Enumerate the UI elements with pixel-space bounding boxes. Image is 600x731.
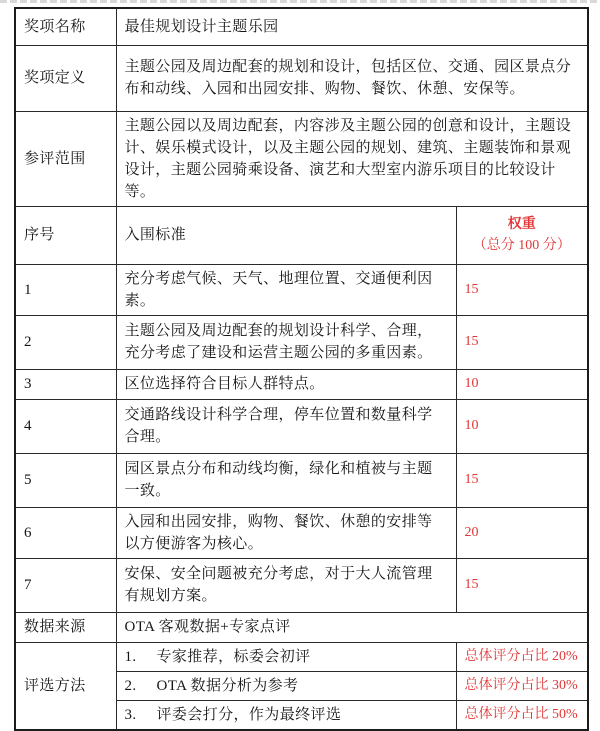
method-item-no: 1.	[125, 646, 143, 668]
criteria-text: 主题公园及周边配套的规划设计科学、合理，充分考虑了建设和运营主题公园的多重因素。	[116, 315, 456, 369]
page-edge-line	[0, 0, 600, 3]
data-source-row: 数据来源 OTA 客观数据+专家点评	[15, 612, 588, 642]
criteria-no: 3	[15, 369, 116, 399]
criteria-no: 2	[15, 315, 116, 369]
selection-method-row: 评选方法 1.专家推荐，标委会初评 总体评分占比 20%	[15, 642, 588, 671]
evaluation-scope-label: 参评范围	[15, 111, 116, 206]
criteria-weight: 15	[456, 315, 588, 369]
award-definition-label: 奖项定义	[15, 45, 116, 111]
criteria-text: 交通路线设计科学合理，停车位置和数量科学合理。	[116, 399, 456, 453]
criteria-text: 安保、安全问题被充分考虑，对于大人流管理有规划方案。	[116, 558, 456, 612]
criteria-header-row: 序号 入围标准 权重 （总分 100 分）	[15, 206, 588, 264]
method-item: 1.专家推荐，标委会初评	[116, 642, 456, 671]
criteria-no: 4	[15, 399, 116, 453]
criteria-weight: 20	[456, 507, 588, 558]
criteria-row: 4 交通路线设计科学合理，停车位置和数量科学合理。 10	[15, 399, 588, 453]
award-name-value: 最佳规划设计主题乐园	[116, 8, 588, 45]
criteria-weight: 15	[456, 264, 588, 315]
criteria-weight: 15	[456, 453, 588, 507]
criteria-header-criteria: 入围标准	[116, 206, 456, 264]
criteria-header-weight: 权重 （总分 100 分）	[456, 206, 588, 264]
data-source-label: 数据来源	[15, 612, 116, 642]
evaluation-scope-row: 参评范围 主题公园以及周边配套，内容涉及主题公园的创意和设计，主题设计、娱乐模式…	[15, 111, 588, 206]
criteria-weight: 10	[456, 399, 588, 453]
criteria-no: 5	[15, 453, 116, 507]
criteria-text: 区位选择符合目标人群特点。	[116, 369, 456, 399]
criteria-no: 6	[15, 507, 116, 558]
data-source-value: OTA 客观数据+专家点评	[116, 612, 588, 642]
criteria-no: 1	[15, 264, 116, 315]
method-item-text: 专家推荐，标委会初评	[157, 649, 311, 665]
criteria-row: 5 园区景点分布和动线均衡，绿化和植被与主题一致。 15	[15, 453, 588, 507]
award-definition-row: 奖项定义 主题公园及周边配套的规划和设计，包括区位、交通、园区景点分布和动线、入…	[15, 45, 588, 111]
criteria-row: 2 主题公园及周边配套的规划设计科学、合理，充分考虑了建设和运营主题公园的多重因…	[15, 315, 588, 369]
criteria-text: 入园和出园安排，购物、餐饮、休憩的安排等以方便游客为核心。	[116, 507, 456, 558]
criteria-row: 7 安保、安全问题被充分考虑，对于大人流管理有规划方案。 15	[15, 558, 588, 612]
award-definition-value: 主题公园及周边配套的规划和设计，包括区位、交通、园区景点分布和动线、入园和出园安…	[116, 45, 588, 111]
criteria-no: 7	[15, 558, 116, 612]
method-item: 2.OTA 数据分析为参考	[116, 671, 456, 686]
award-criteria-table: 奖项名称 最佳规划设计主题乐园 奖项定义 主题公园及周边配套的规划和设计，包括区…	[14, 7, 589, 686]
method-item-share: 总体评分占比 20%	[456, 642, 588, 671]
criteria-weight: 15	[456, 558, 588, 612]
evaluation-scope-value: 主题公园以及周边配套，内容涉及主题公园的创意和设计，主题设计、娱乐模式设计，以及…	[116, 111, 588, 206]
award-name-row: 奖项名称 最佳规划设计主题乐园	[15, 8, 588, 45]
selection-method-label: 评选方法	[15, 642, 116, 686]
criteria-row: 3 区位选择符合目标人群特点。 10	[15, 369, 588, 399]
award-name-label: 奖项名称	[15, 8, 116, 45]
criteria-header-no: 序号	[15, 206, 116, 264]
method-item-no: 2.	[125, 675, 143, 687]
criteria-weight: 10	[456, 369, 588, 399]
criteria-text: 充分考虑气候、天气、地理位置、交通便利因素。	[116, 264, 456, 315]
method-item-share: 总体评分占比 30%	[456, 671, 588, 686]
method-item-text: OTA 数据分析为参考	[157, 678, 299, 687]
weight-subtitle: （总分 100 分）	[465, 235, 580, 256]
criteria-text: 园区景点分布和动线均衡，绿化和植被与主题一致。	[116, 453, 456, 507]
criteria-row: 6 入园和出园安排，购物、餐饮、休憩的安排等以方便游客为核心。 20	[15, 507, 588, 558]
weight-title: 权重	[465, 214, 580, 235]
criteria-row: 1 充分考虑气候、天气、地理位置、交通便利因素。 15	[15, 264, 588, 315]
